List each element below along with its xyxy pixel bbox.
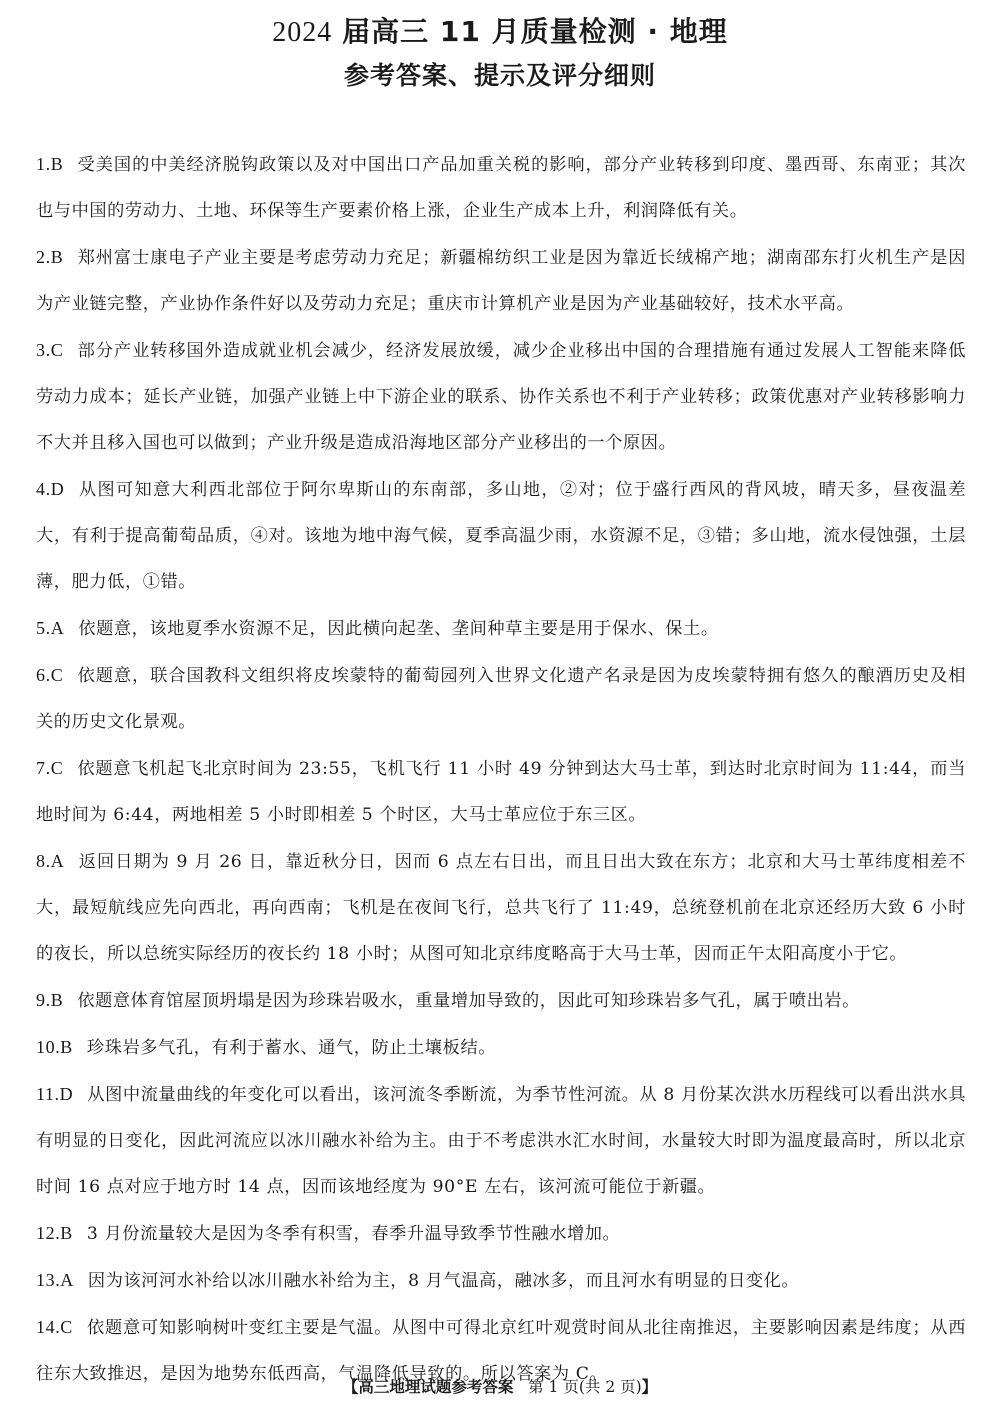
footer-page-number: 第 1 页(共 2 页) bbox=[528, 1378, 642, 1396]
title-year: 2024 bbox=[272, 17, 332, 48]
answer-item-3: 3.C部分产业转移国外造成就业机会减少，经济发展放缓，减少企业移出中国的合理措施… bbox=[36, 327, 966, 466]
answer-explanation: 3 月份流量较大是因为冬季有积雪，春季升温导致季节性融水增加。 bbox=[87, 1224, 620, 1244]
title-text: 届高三 11 月质量检测 · 地理 bbox=[342, 15, 728, 48]
answer-explanation: 依题意体育馆屋顶坍塌是因为珍珠岩吸水，重量增加导致的，因此可知珍珠岩多气孔，属于… bbox=[77, 991, 860, 1011]
answer-item-12: 12.B3 月份流量较大是因为冬季有积雪，春季升温导致季节性融水增加。 bbox=[36, 1210, 966, 1257]
answer-label: 12.B bbox=[36, 1223, 73, 1243]
answer-label: 8.A bbox=[36, 851, 64, 871]
answer-label: 10.B bbox=[36, 1037, 73, 1057]
answer-item-11: 11.D从图中流量曲线的年变化可以看出，该河流冬季断流，为季节性河流。从 8 月… bbox=[36, 1071, 966, 1210]
answer-label: 11.D bbox=[36, 1084, 73, 1104]
answer-label: 2.B bbox=[36, 247, 63, 267]
footer-close-bracket: 】 bbox=[642, 1378, 658, 1396]
answer-item-9: 9.B依题意体育馆屋顶坍塌是因为珍珠岩吸水，重量增加导致的，因此可知珍珠岩多气孔… bbox=[36, 977, 966, 1024]
answer-explanation: 从图可知意大利西北部位于阿尔卑斯山的东南部，多山地，②对；位于盛行西风的背风坡，… bbox=[36, 480, 966, 592]
answer-label: 13.A bbox=[36, 1270, 74, 1290]
answer-label: 6.C bbox=[36, 665, 63, 685]
answer-explanation: 依题意，该地夏季水资源不足，因此横向起垄、垄间种草主要是用于保水、保土。 bbox=[78, 619, 718, 639]
document-title: 2024 届高三 11 月质量检测 · 地理 bbox=[0, 12, 1000, 53]
answer-item-8: 8.A返回日期为 9 月 26 日，靠近秋分日，因而 6 点左右日出，而且日出大… bbox=[36, 838, 966, 977]
answer-label: 9.B bbox=[36, 990, 63, 1010]
answer-item-1: 1.B受美国的中美经济脱钩政策以及对中国出口产品加重关税的影响，部分产业转移到印… bbox=[36, 141, 966, 234]
answer-item-2: 2.B郑州富士康电子产业主要是考虑劳动力充足；新疆棉纺织工业是因为靠近长绒棉产地… bbox=[36, 234, 966, 327]
answer-label: 3.C bbox=[36, 340, 63, 360]
answer-item-6: 6.C依题意，联合国教科文组织将皮埃蒙特的葡萄园列入世界文化遗产名录是因为皮埃蒙… bbox=[36, 652, 966, 745]
answer-explanation: 因为该河河水补给以冰川融水补给为主，8 月气温高，融冰多，而且河水有明显的日变化… bbox=[88, 1271, 799, 1291]
answer-explanation: 依题意飞机起飞北京时间为 23:55，飞机飞行 11 小时 49 分钟到达大马士… bbox=[36, 759, 966, 825]
answer-explanation: 依题意可知影响树叶变红主要是气温。从图中可得北京红叶观赏时间从北往南推迟，主要影… bbox=[36, 1318, 966, 1384]
footer-open-bracket: 【 bbox=[343, 1378, 359, 1396]
answer-explanation: 受美国的中美经济脱钩政策以及对中国出口产品加重关税的影响，部分产业转移到印度、墨… bbox=[36, 155, 966, 221]
answer-item-4: 4.D从图可知意大利西北部位于阿尔卑斯山的东南部，多山地，②对；位于盛行西风的背… bbox=[36, 466, 966, 605]
answer-explanation: 从图中流量曲线的年变化可以看出，该河流冬季断流，为季节性河流。从 8 月份某次洪… bbox=[36, 1085, 966, 1197]
answer-item-10: 10.B珍珠岩多气孔，有利于蓄水、通气，防止土壤板结。 bbox=[36, 1024, 966, 1071]
answer-explanation: 郑州富士康电子产业主要是考虑劳动力充足；新疆棉纺织工业是因为靠近长绒棉产地；湖南… bbox=[36, 248, 966, 314]
answer-list: 1.B受美国的中美经济脱钩政策以及对中国出口产品加重关税的影响，部分产业转移到印… bbox=[36, 141, 966, 1397]
answer-label: 1.B bbox=[36, 154, 63, 174]
document-subtitle: 参考答案、提示及评分细则 bbox=[0, 58, 1000, 94]
answer-explanation: 部分产业转移国外造成就业机会减少，经济发展放缓，减少企业移出中国的合理措施有通过… bbox=[36, 341, 966, 453]
answer-label: 5.A bbox=[36, 618, 64, 638]
answer-item-7: 7.C依题意飞机起飞北京时间为 23:55，飞机飞行 11 小时 49 分钟到达… bbox=[36, 745, 966, 838]
footer-doc-name: 高三地理试题参考答案 bbox=[358, 1378, 513, 1396]
answer-item-5: 5.A依题意，该地夏季水资源不足，因此横向起垄、垄间种草主要是用于保水、保土。 bbox=[36, 605, 966, 652]
answer-item-13: 13.A因为该河河水补给以冰川融水补给为主，8 月气温高，融冰多，而且河水有明显… bbox=[36, 1257, 966, 1304]
answer-label: 4.D bbox=[36, 479, 64, 499]
answer-explanation: 返回日期为 9 月 26 日，靠近秋分日，因而 6 点左右日出，而且日出大致在东… bbox=[36, 852, 966, 964]
page-footer: 【高三地理试题参考答案 第 1 页(共 2 页)】 bbox=[0, 1376, 1000, 1398]
answer-label: 7.C bbox=[36, 758, 63, 778]
answer-explanation: 珍珠岩多气孔，有利于蓄水、通气，防止土壤板结。 bbox=[87, 1038, 496, 1058]
answer-label: 14.C bbox=[36, 1317, 73, 1337]
answer-explanation: 依题意，联合国教科文组织将皮埃蒙特的葡萄园列入世界文化遗产名录是因为皮埃蒙特拥有… bbox=[36, 666, 966, 732]
